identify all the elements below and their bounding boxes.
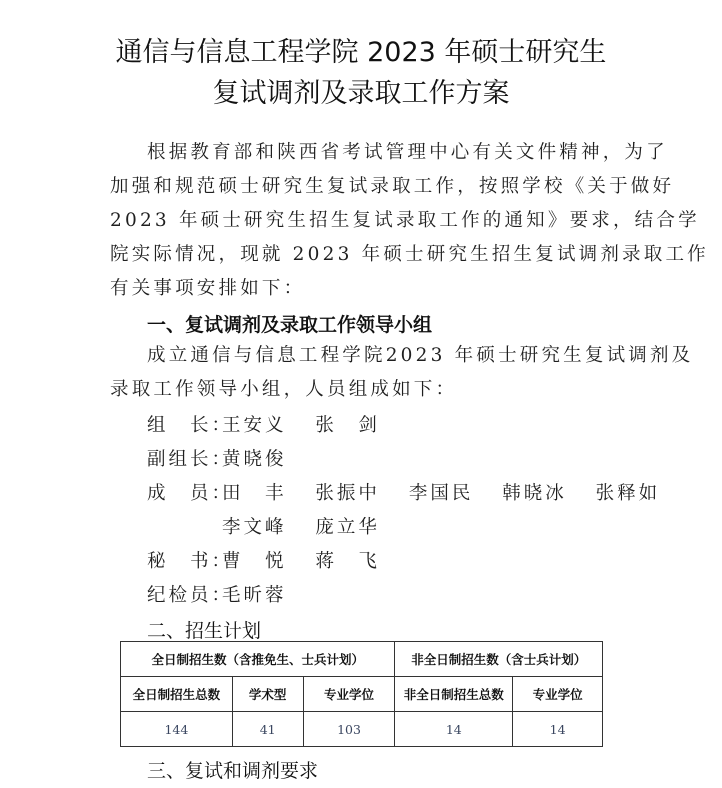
intro-line: 2023 年硕士研究生招生复试录取工作的通知》要求，结合学 [110, 204, 620, 238]
section-1-line: 录取工作领导小组，人员组成如下： [110, 373, 620, 407]
table-cell: 14 [395, 712, 513, 747]
member-name: 黄晓俊 [222, 445, 287, 471]
member-name: 王安义 [222, 411, 287, 437]
table-column-header-row: 全日制招生总数 学术型 专业学位 非全日制招生总数 专业学位 [121, 677, 603, 712]
table-cell: 103 [303, 712, 395, 747]
intro-line: 有关事项安排如下： [110, 272, 620, 306]
member-name: 庞立华 [315, 513, 380, 539]
member-name: 李国民 [409, 479, 474, 505]
section-1-paragraph: 成立通信与信息工程学院2023 年硕士研究生复试调剂及 录取工作领导小组，人员组… [110, 339, 620, 407]
column-header: 全日制招生总数 [121, 677, 233, 712]
member-name: 田 丰 [222, 479, 287, 505]
member-name: 蒋 飞 [315, 547, 380, 573]
member-role: 秘 书： [147, 547, 222, 573]
member-row-members: 成 员： 田 丰 张振中 李国民 韩晓冰 张释如 [147, 479, 680, 505]
intro-paragraph: 根据教育部和陕西省考试管理中心有关文件精神，为了 加强和规范硕士研究生复试录取工… [110, 136, 620, 306]
intro-line: 院实际情况，现就 2023 年硕士研究生招生复试调剂录取工作 [110, 238, 620, 272]
member-name: 毛昕蓉 [222, 581, 287, 607]
group-header-fulltime: 全日制招生数（含推免生、士兵计划） [121, 642, 395, 677]
member-row-leader: 组 长： 王安义 张 剑 [147, 411, 400, 437]
column-header: 专业学位 [303, 677, 395, 712]
member-row-secretary: 秘 书： 曹 悦 蒋 飞 [147, 547, 400, 573]
section-1-line: 成立通信与信息工程学院2023 年硕士研究生复试调剂及 [110, 339, 620, 373]
member-name: 张释如 [596, 479, 661, 505]
intro-line: 加强和规范硕士研究生复试录取工作，按照学校《关于做好 [110, 170, 620, 204]
member-name: 张振中 [315, 479, 380, 505]
column-header: 学术型 [232, 677, 303, 712]
column-header: 专业学位 [513, 677, 603, 712]
document-title-line-2: 复试调剂及录取工作方案 [0, 71, 722, 110]
group-header-parttime: 非全日制招生数（含士兵计划） [395, 642, 603, 677]
member-name: 张 剑 [315, 411, 380, 437]
section-1-heading: 一、复试调剂及录取工作领导小组 [147, 310, 432, 337]
column-header: 非全日制招生总数 [395, 677, 513, 712]
member-role: 成 员： [147, 479, 222, 505]
section-2-heading: 二、招生计划 [147, 616, 261, 643]
document-title-line-1: 通信与信息工程学院 2023 年硕士研究生 [0, 30, 722, 69]
member-role [147, 513, 222, 539]
section-3-heading: 三、复试和调剂要求 [147, 756, 318, 783]
member-row-discipline-inspector: 纪检员： 毛昕蓉 [147, 581, 307, 607]
enrollment-plan-table: 全日制招生数（含推免生、士兵计划） 非全日制招生数（含士兵计划） 全日制招生总数… [120, 641, 603, 747]
member-row-deputy-leader: 副组长： 黄晓俊 [147, 445, 307, 471]
table-row: 144 41 103 14 14 [121, 712, 603, 747]
member-role: 组 长： [147, 411, 222, 437]
table-group-header-row: 全日制招生数（含推免生、士兵计划） 非全日制招生数（含士兵计划） [121, 642, 603, 677]
intro-line: 根据教育部和陕西省考试管理中心有关文件精神，为了 [110, 136, 620, 170]
member-role: 副组长： [147, 445, 222, 471]
member-role: 纪检员： [147, 581, 222, 607]
table-cell: 41 [232, 712, 303, 747]
table-cell: 14 [513, 712, 603, 747]
member-name: 曹 悦 [222, 547, 287, 573]
member-name: 韩晓冰 [502, 479, 567, 505]
member-name: 李文峰 [222, 513, 287, 539]
member-row-members-continued: 李文峰 庞立华 [147, 513, 400, 539]
table-cell: 144 [121, 712, 233, 747]
